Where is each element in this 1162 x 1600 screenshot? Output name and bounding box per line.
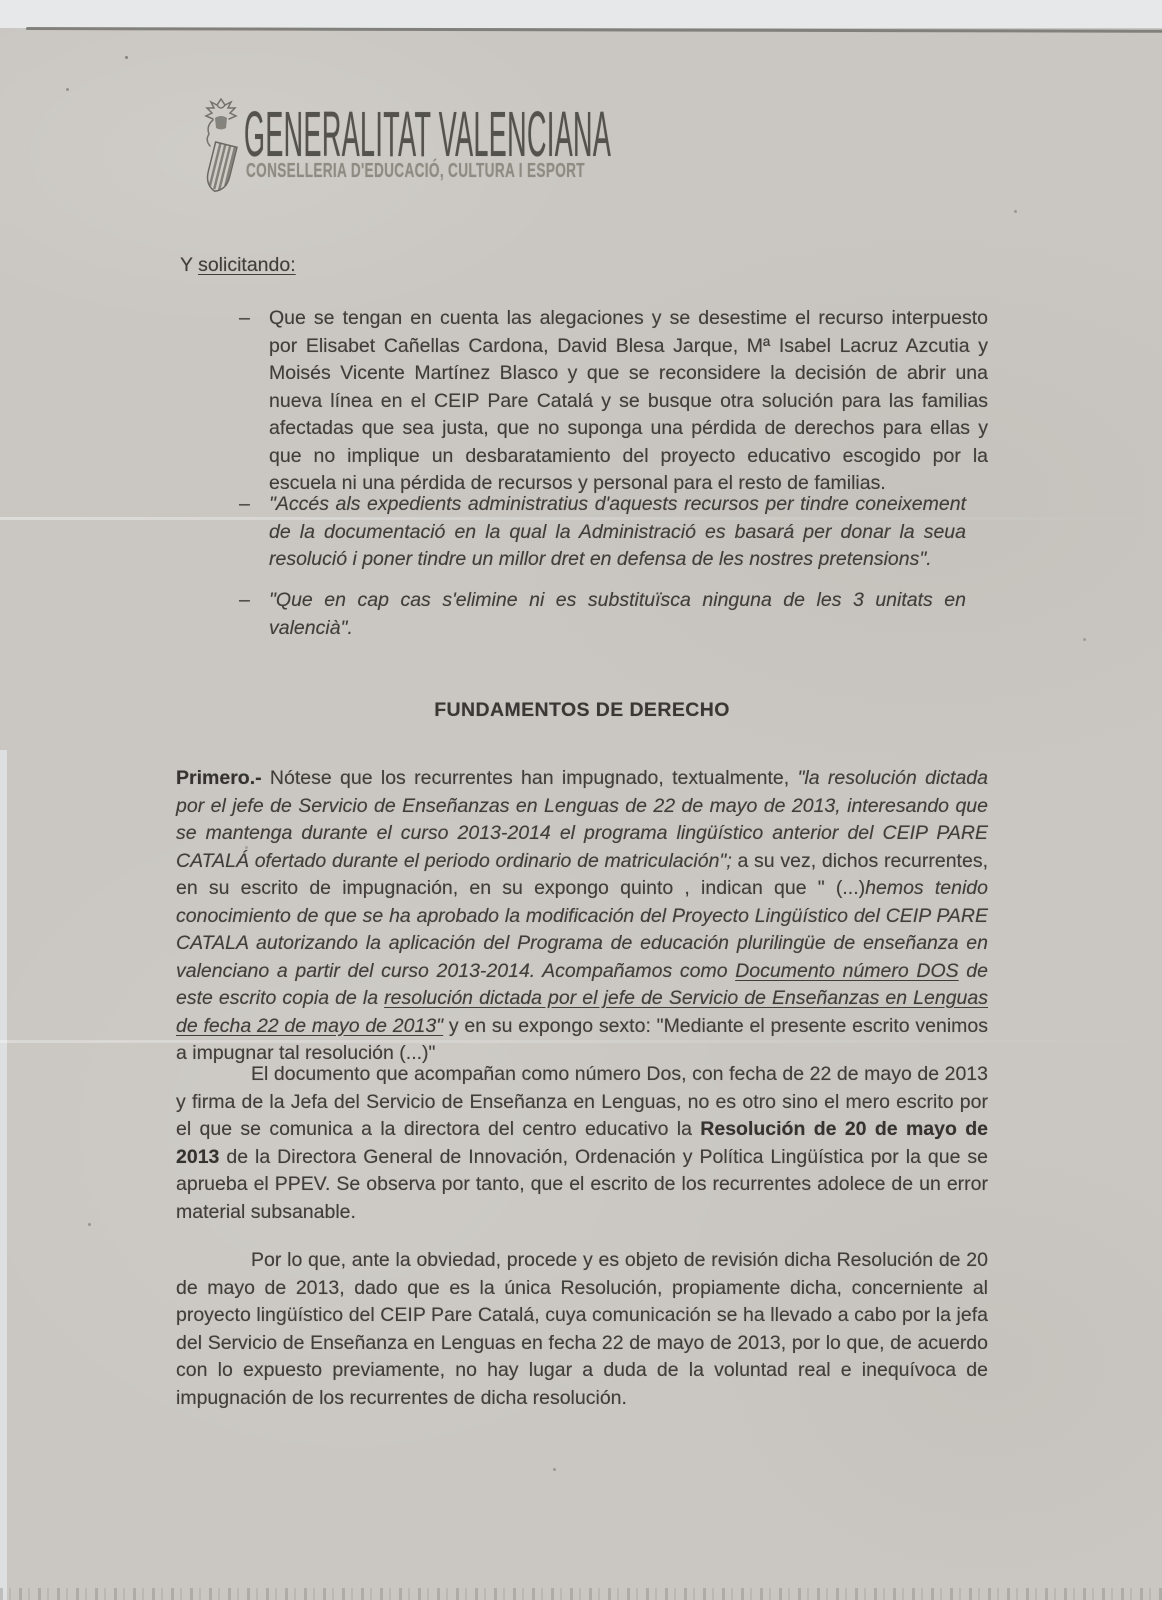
- petition-item: – "Que en cap cas s'elimine ni es substi…: [176, 587, 966, 642]
- generalitat-valenciana-coat-of-arms-icon: [198, 96, 244, 205]
- underlined-text-run: Documento número DOS: [735, 960, 958, 982]
- scan-bleedthrough-noise: [0, 1588, 1162, 1600]
- petition-item-text: "Que en cap cas s'elimine ni es substitu…: [269, 587, 966, 642]
- petition-item-text: Que se tengan en cuenta las alegaciones …: [269, 305, 988, 498]
- paragraph-ordinal: Primero.-: [176, 767, 262, 789]
- petition-item: – Que se tengan en cuenta las alegacione…: [176, 305, 988, 498]
- scan-left-edge: [0, 750, 7, 1600]
- text-run: de la Directora General de Innovación, O…: [176, 1146, 988, 1223]
- petition-lead: Y solicitando:: [180, 252, 296, 280]
- dash-bullet-icon: –: [239, 491, 269, 574]
- petition-lead-prefix: Y: [180, 254, 198, 276]
- section-heading: FUNDAMENTOS DE DERECHO: [176, 697, 988, 725]
- petition-lead-underlined: solicitando:: [198, 254, 296, 276]
- paragraph-documento: El documento que acompañan como número D…: [176, 1061, 988, 1226]
- letterhead-dept-name: CONSELLERIA D'EDUCACIÓ, CULTURA I ESPORT: [246, 160, 585, 182]
- dash-bullet-icon: –: [239, 305, 269, 498]
- petition-item-text: "Accés als expedients administratius d'a…: [269, 491, 966, 574]
- letterhead-org-name: GENERALITAT VALENCIANA: [244, 102, 611, 166]
- petition-item: – "Accés als expedients administratius d…: [176, 491, 966, 574]
- dash-bullet-icon: –: [239, 587, 269, 642]
- text-run: Nótese que los recurrentes han impugnado…: [262, 767, 798, 789]
- paragraph-primero: Primero.- Nótese que los recurrentes han…: [176, 765, 988, 1068]
- paragraph-porloque: Por lo que, ante la obviedad, procede y …: [176, 1247, 988, 1412]
- scan-specks: [125, 56, 128, 59]
